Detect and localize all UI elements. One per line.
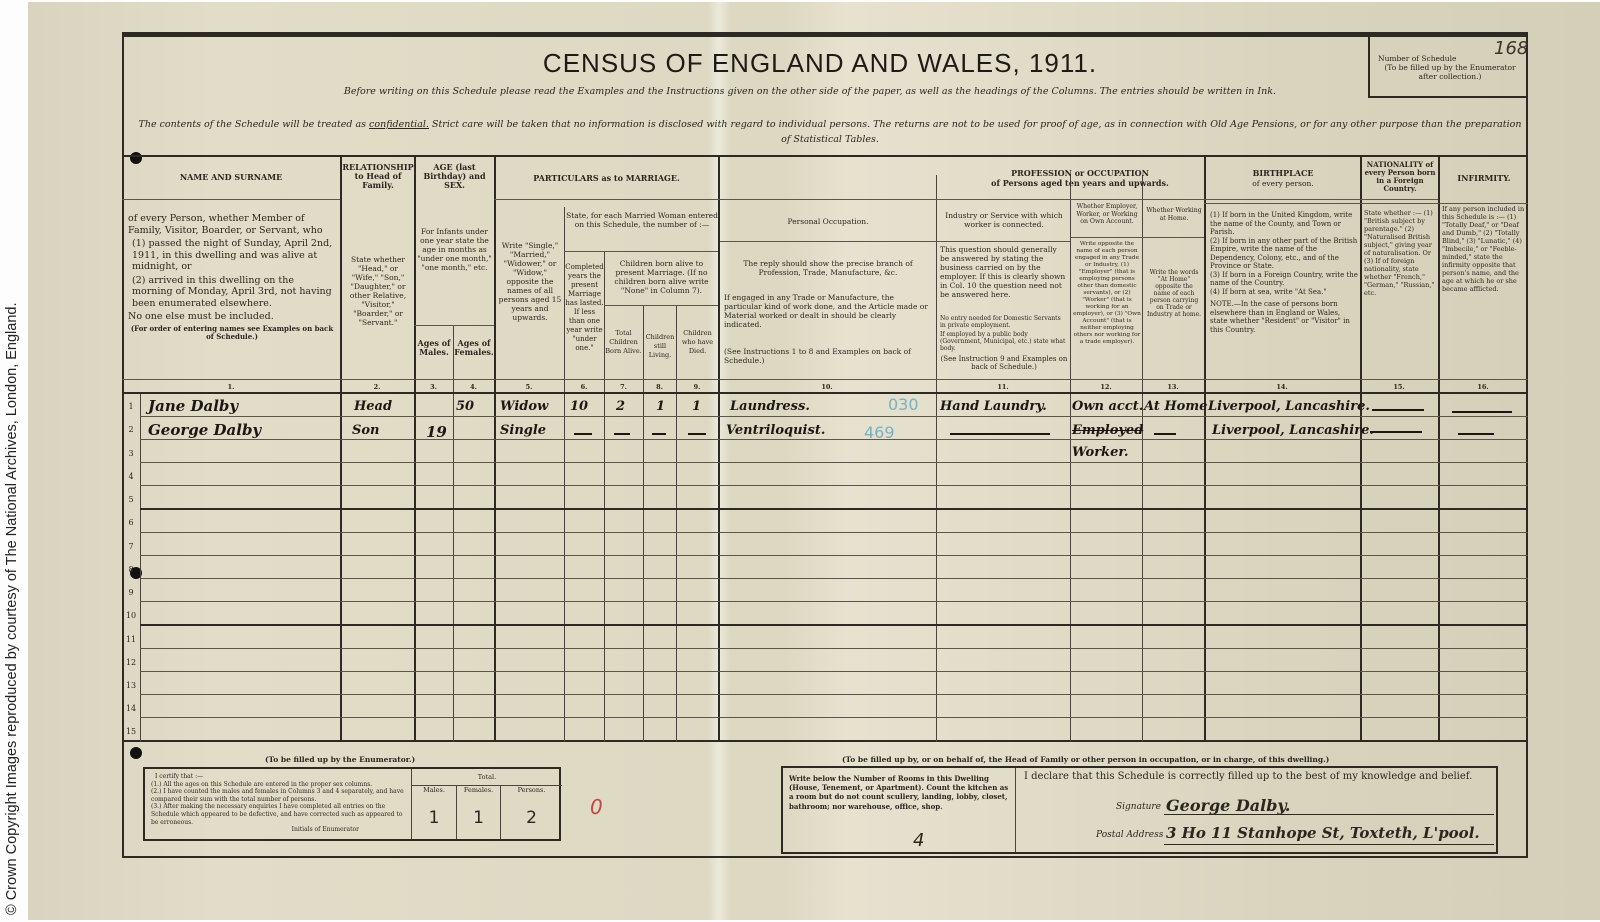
cell-industry: Hand Laundry. [940, 399, 1047, 414]
males-value: 1 [412, 808, 456, 828]
household-box: Write below the Number of Rooms in this … [781, 766, 1498, 854]
enumerator-totals: Total. Males. 1 Females. 1 Persons. 2 [411, 769, 561, 839]
total-persons: Persons. 2 [500, 785, 562, 839]
cell-industry-dash [950, 433, 1050, 435]
enumerator-box: I certify that :— (1.) All the ages on t… [143, 767, 561, 841]
col-age-desc: For Infants under one year state the age… [415, 227, 494, 272]
rooms-value: 4 [913, 830, 924, 851]
colnum-11: 11. [936, 383, 1070, 391]
col-marriage-years: Completed years the present Marriage has… [565, 263, 604, 353]
colnum-13: 13. [1142, 383, 1204, 391]
row-number: 5 [122, 495, 140, 504]
colnum-3: 3. [414, 383, 453, 391]
cell-children-living: 1 [656, 399, 665, 414]
row-number: 11 [122, 635, 140, 644]
bp-desc2: (2) If born in any other part of the Bri… [1210, 237, 1358, 271]
household-heading: (To be filled up by, or on behalf of, th… [842, 755, 1329, 764]
conf-word: confidential. [369, 119, 429, 130]
certify-3: (3.) After making the necessary enquirie… [151, 803, 409, 826]
cell-children-living-dash [652, 433, 666, 435]
row-number: 3 [122, 449, 140, 458]
row-number: 13 [122, 681, 140, 690]
name-desc: of every Person, whether Member of Famil… [128, 213, 336, 236]
cell-occupation: Laundress. [730, 399, 810, 414]
cell-at-home-dash [1154, 433, 1176, 435]
schedule-number: 168 [1494, 44, 1528, 53]
margin-mark: 0 [590, 795, 603, 819]
row-number: 4 [122, 472, 140, 481]
declaration-text: I declare that this Schedule is correctl… [1024, 771, 1472, 782]
colnum-7: 7. [604, 383, 643, 391]
schedule-number-box: Number of Schedule 168 (To be filled up … [1368, 36, 1526, 98]
total-females: Females. 1 [456, 785, 500, 839]
males-label: Males. [423, 786, 445, 794]
row-number: 12 [122, 658, 140, 667]
rooms-instruction: Write below the Number of Rooms in this … [789, 774, 1011, 811]
household-table: NAME AND SURNAME of every Person, whethe… [122, 155, 1528, 742]
col-industry-desc3: If employed by a public body (Government… [940, 331, 1068, 352]
certify: I certify that :— [151, 773, 409, 781]
col-children-died: Children who have Died. [677, 329, 718, 356]
cell-nationality-dash [1372, 409, 1424, 411]
cell-birthplace: Liverpool, Lancashire. [1208, 399, 1370, 414]
row-number: 7 [122, 542, 140, 551]
ink-instruction: Before writing on this Schedule please r… [260, 86, 1360, 97]
cell-at-home: At Home [1144, 399, 1207, 414]
col-marriage-title: PARTICULARS as to MARRIAGE. [495, 174, 718, 183]
col-children-living: Children still Living. [644, 333, 676, 360]
col-personal-occ-desc3: (See Instructions 1 to 8 and Examples on… [724, 347, 932, 365]
name-no-one: No one else must be included. [128, 311, 336, 323]
initials-label: Initials of Enumerator [151, 826, 409, 834]
cell-years-married-dash [574, 433, 592, 435]
col-birthplace-title: BIRTHPLACE [1206, 169, 1360, 178]
colnum-12: 12. [1070, 383, 1142, 391]
colnum-1: 1. [122, 383, 340, 391]
col-name-desc: of every Person, whether Member of Famil… [128, 213, 336, 341]
row-number: 1 [122, 402, 140, 411]
colnum-14: 14. [1204, 383, 1360, 391]
col-age-males: Ages of Males. [415, 339, 453, 357]
col-home-title: Whether Working at Home. [1144, 207, 1204, 222]
signature-label: Signature [1116, 802, 1161, 812]
females-value: 1 [457, 808, 500, 828]
conf-post: Strict care will be taken that no inform… [429, 119, 1522, 145]
col-age-females: Ages of Females. [454, 339, 494, 357]
row-number: 14 [122, 704, 140, 713]
address-label: Postal Address [1096, 830, 1163, 840]
cell-children-total-dash [614, 433, 630, 435]
persons-label: Persons. [518, 786, 546, 794]
conf-pre: The contents of the Schedule will be tre… [139, 119, 370, 130]
cell-children-total: 2 [616, 399, 625, 414]
colnum-16: 16. [1438, 383, 1528, 391]
cell-employer-status-2: Worker. [1072, 445, 1129, 460]
col-nationality-desc: State whether :— (1) "British subject by… [1364, 209, 1436, 297]
cell-age-female: 50 [456, 399, 474, 414]
col-industry-desc2: No entry needed for Domestic Servants in… [940, 315, 1068, 329]
cell-occupation-code: 469 [864, 423, 895, 442]
col-home-desc: Write the words "At Home" opposite the n… [1146, 269, 1202, 318]
total-label: Total. [412, 773, 562, 781]
cell-marital: Widow [500, 399, 548, 414]
enumerator-certification: I certify that :— (1.) All the ages on t… [151, 773, 409, 834]
col-name-title: NAME AND SURNAME [122, 173, 340, 182]
row-number: 8 [122, 565, 140, 574]
col-age-title: AGE (last Birthday) and SEX. [415, 163, 494, 190]
colnum-6: 6. [564, 383, 604, 391]
name-item1: (1) passed the night of Sunday, April 2n… [128, 238, 336, 273]
cell-years-married: 10 [570, 399, 588, 414]
total-males: Males. 1 [412, 785, 456, 839]
cell-name: George Dalby [148, 421, 261, 439]
colnum-9: 9. [676, 383, 718, 391]
cell-marital: Single [500, 423, 546, 438]
cell-relationship: Son [352, 423, 380, 438]
col-marriage-children: Children born alive to present Marriage.… [605, 259, 718, 295]
certify-1: (1.) All the ages on this Schedule are e… [151, 781, 409, 789]
cell-infirmity-dash [1452, 411, 1512, 413]
cell-name: Jane Dalby [148, 397, 238, 415]
col-children-total: Total Children Born Alive. [604, 329, 643, 356]
col-personal-occ-title: Personal Occupation. [720, 217, 936, 226]
col-industry-desc4: (See Instruction 9 and Examples on back … [940, 355, 1068, 371]
name-order-note: (For order of entering names see Example… [128, 325, 336, 341]
signature-line [1164, 814, 1494, 815]
schedule-number-note: (To be filled up by the Enumerator after… [1378, 63, 1522, 81]
row-number: 9 [122, 588, 140, 597]
col-birthplace-subtitle: of every person. [1206, 179, 1360, 188]
cell-employer-status: Own acct. [1072, 399, 1143, 414]
females-label: Females. [464, 786, 493, 794]
cell-occupation: Ventriloquist. [726, 423, 825, 438]
cell-age-male: 19 [426, 423, 447, 441]
bp-desc1: (1) If born in the United Kingdom, write… [1210, 211, 1358, 237]
cell-employer-status: Employed [1072, 423, 1143, 438]
cell-occupation-code: 030 [888, 395, 919, 414]
persons-value: 2 [501, 808, 562, 828]
address-value: 3 Ho 11 Stanhope St, Toxteth, L'pool. [1166, 824, 1480, 842]
bp-desc4: (4) If born at sea, write "At Sea." [1210, 288, 1358, 297]
cell-nationality-dash [1370, 431, 1422, 433]
col-personal-occ-desc1: The reply should show the precise branch… [724, 259, 932, 277]
colnum-4: 4. [453, 383, 494, 391]
address-line [1164, 844, 1494, 845]
confidentiality-note: The contents of the Schedule will be tre… [135, 117, 1525, 147]
colnum-2: 2. [340, 383, 414, 391]
declaration: I declare that this Schedule is correctl… [1015, 768, 1496, 852]
signature-value: George Dalby. [1166, 796, 1290, 815]
page-title: CENSUS OF ENGLAND AND WALES, 1911. [540, 48, 1100, 79]
col-infirmity-title: INFIRMITY. [1440, 174, 1528, 183]
certify-2: (2.) I have counted the males and female… [151, 788, 409, 803]
col-personal-occ-desc2: If engaged in any Trade or Manufacture, … [724, 293, 932, 329]
col-marriage-state: State, for each Married Woman entered on… [566, 211, 718, 229]
enumerator-heading: (To be filled up by the Enumerator.) [265, 755, 415, 764]
colnum-8: 8. [643, 383, 676, 391]
cell-children-died: 1 [692, 399, 701, 414]
name-item2: (2) arrived in this dwelling on the morn… [128, 275, 336, 310]
cell-relationship: Head [354, 399, 392, 414]
col-relationship-title: RELATIONSHIP to Head of Family. [342, 163, 414, 190]
col-employer-title: Whether Employer, Worker, or Working on … [1072, 203, 1142, 226]
copyright-notice: © Crown Copyright Images reproduced by c… [4, 235, 26, 915]
row-number: 2 [122, 425, 140, 434]
bp-note: NOTE.—In the case of persons born elsewh… [1210, 300, 1358, 334]
col-marriage-write: Write "Single," "Married," "Widower," or… [496, 241, 564, 322]
form-top-rule [122, 32, 1528, 37]
col-industry-desc1: This question should generally be answer… [940, 245, 1068, 299]
colnum-10: 10. [718, 383, 936, 391]
row-number: 10 [122, 611, 140, 620]
row-number: 6 [122, 518, 140, 527]
bp-desc3: (3) If born in a Foreign Country, write … [1210, 271, 1358, 288]
cell-birthplace: Liverpool, Lancashire. [1212, 423, 1374, 438]
col-employer-desc: Write opposite the name of each person e… [1072, 241, 1142, 346]
col-industry-title: Industry or Service with which worker is… [938, 211, 1070, 229]
cell-children-died-dash [688, 433, 706, 435]
col-infirmity-desc: If any person included in this Schedule … [1442, 205, 1526, 293]
colnum-15: 15. [1360, 383, 1438, 391]
cell-infirmity-dash [1458, 433, 1494, 435]
row-number: 15 [122, 727, 140, 736]
col-nationality-title: NATIONALITY of every Person born in a Fo… [1362, 161, 1438, 193]
col-relationship-desc: State whether "Head," or "Wife," "Son," … [344, 255, 412, 327]
col-birthplace-desc: (1) If born in the United Kingdom, write… [1210, 211, 1358, 334]
colnum-5: 5. [494, 383, 564, 391]
